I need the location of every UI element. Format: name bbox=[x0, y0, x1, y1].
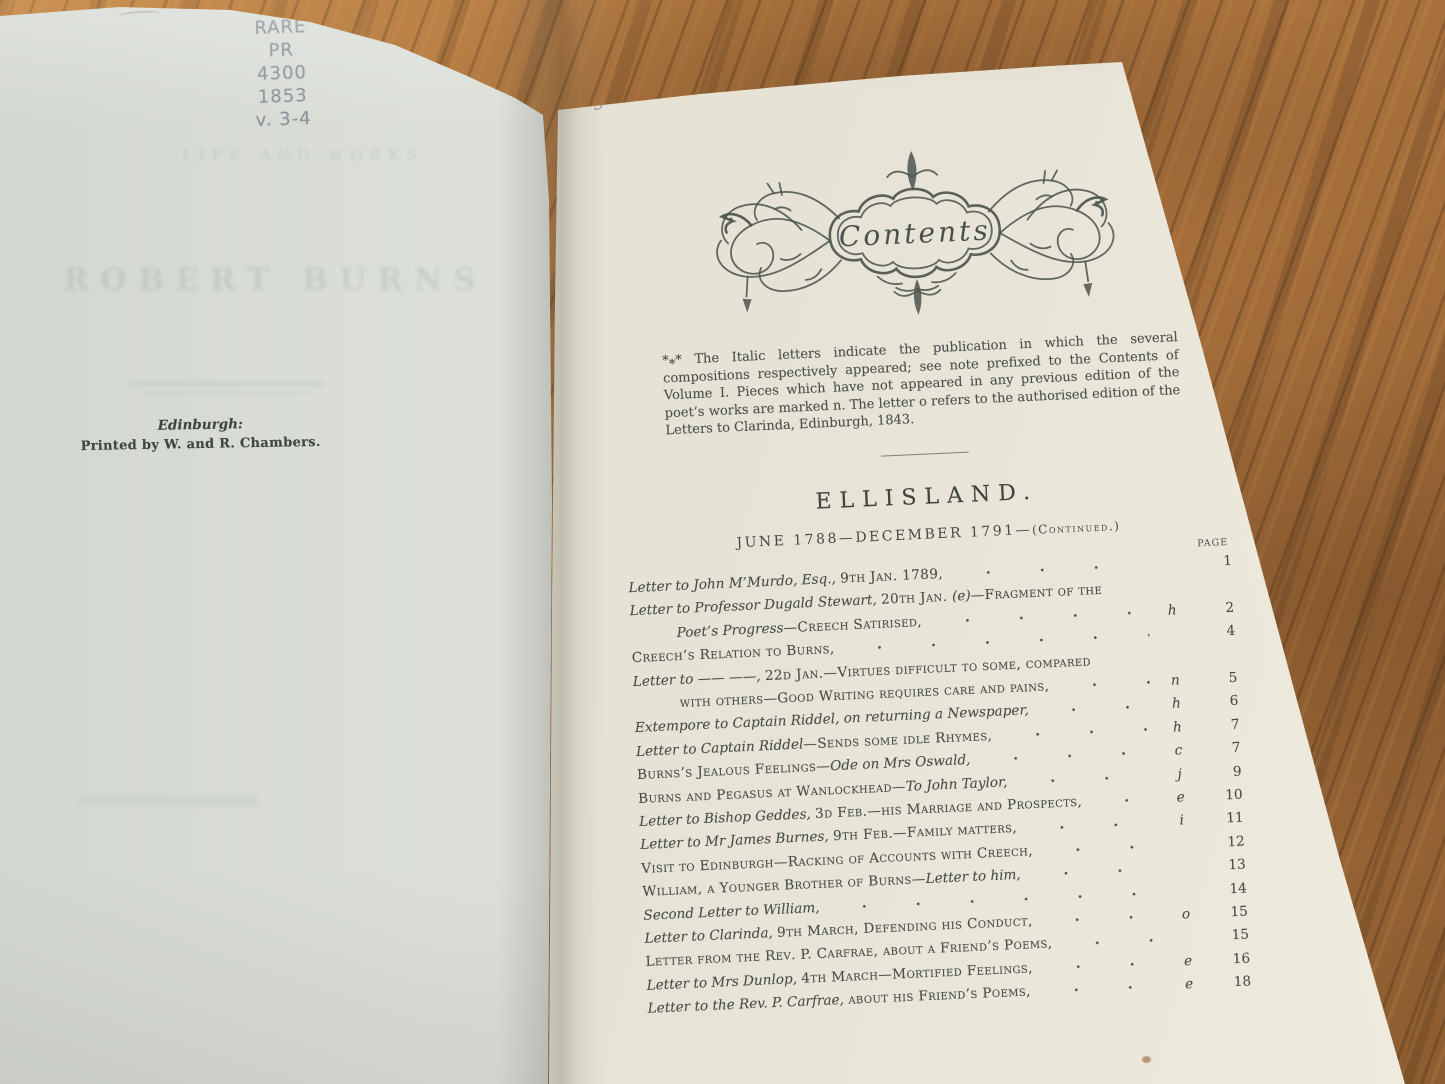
dot-leader bbox=[1062, 936, 1163, 948]
contents-ornament: Contents bbox=[676, 134, 1154, 335]
toc-line: William, a Younger Brother of Burns—Lett… bbox=[642, 854, 1246, 905]
ornament-cartouche: Contents bbox=[828, 185, 1002, 281]
dot-leader bbox=[1002, 726, 1154, 740]
toc-entry: Extempore to Captain Riddel, on returnin… bbox=[634, 690, 1238, 741]
toc-entry-title: Letter to the Rev. P. Carfrae, about his… bbox=[647, 981, 1031, 1022]
toc-page-number: 13 bbox=[1199, 854, 1246, 879]
toc-page-number: 11 bbox=[1197, 807, 1244, 832]
table-of-contents: Letter to John M’Murdo, Esq., 9th Jan. 1… bbox=[628, 550, 1252, 1022]
imprint-city: Edinburgh: bbox=[78, 415, 323, 435]
toc-page-number: 15 bbox=[1201, 901, 1248, 926]
toc-page-number: 2 bbox=[1188, 597, 1235, 622]
toc-source-letter: o bbox=[1169, 903, 1202, 928]
toc-line: Second Letter to William,14 bbox=[643, 877, 1247, 928]
dot-leader bbox=[932, 609, 1149, 626]
toc-line: Creech’s Relation to Burns,4 bbox=[631, 620, 1235, 671]
toc-entry-title: Poet’s Progress—Creech Satirised, bbox=[630, 611, 922, 648]
dot-leader bbox=[1039, 702, 1153, 714]
toc-source-letter bbox=[1169, 894, 1201, 895]
ghost-showthrough-bar bbox=[140, 392, 310, 394]
toc-source-letter bbox=[1167, 847, 1199, 848]
subtitle-continued: (Continued.) bbox=[1032, 519, 1121, 537]
toc-entry-title: Creech’s Relation to Burns, bbox=[631, 638, 835, 671]
toc-source-letter: e bbox=[1164, 786, 1197, 811]
dot-leader bbox=[1092, 796, 1157, 806]
toc-line: Visit to Edinburgh—Racking of Accounts w… bbox=[641, 830, 1245, 881]
toc-entry-title: Letter to Bishop Geddes, 3d Feb.—his Mar… bbox=[639, 791, 1083, 834]
printer-imprint: Edinburgh: Printed by W. and R. Chambers… bbox=[78, 415, 324, 454]
toc-line: Letter to Professor Dugald Stewart, 20th… bbox=[629, 573, 1233, 624]
toc-source-letter bbox=[1157, 637, 1189, 638]
toc-line: Letter to Mr James Burnes, 9th Feb.—Fami… bbox=[640, 807, 1244, 858]
toc-source-letter bbox=[1154, 567, 1186, 568]
paper-speck bbox=[1142, 1056, 1151, 1063]
toc-entry: Creech’s Relation to Burns,4 bbox=[631, 620, 1235, 671]
toc-page-number: 14 bbox=[1200, 877, 1247, 902]
toc-line: Extempore to Captain Riddel, on returnin… bbox=[634, 690, 1238, 741]
toc-page-number: 16 bbox=[1204, 947, 1251, 972]
toc-page-number: 4 bbox=[1189, 620, 1236, 645]
toc-line: Letter from the Rev. P. Carfrae, about a… bbox=[645, 924, 1249, 975]
toc-entry: Second Letter to William,14 bbox=[643, 877, 1247, 928]
ghost-showthrough-title: ROBERT BURNS bbox=[35, 262, 515, 298]
ghost-showthrough-text: LIFE AND WORKS bbox=[148, 146, 458, 164]
toc-entry-title: Letter to John M’Murdo, Esq., 9th Jan. 1… bbox=[628, 563, 944, 601]
toc-source-letter: h bbox=[1161, 716, 1194, 741]
section-title: ELLISLAND. bbox=[612, 470, 1242, 524]
toc-line: Letter to John M’Murdo, Esq., 9th Jan. 1… bbox=[628, 550, 1232, 601]
toc-source-letter: c bbox=[1162, 739, 1195, 764]
call-number-line: PR bbox=[221, 37, 342, 64]
toc-page-number: 15 bbox=[1203, 924, 1250, 949]
call-number-line: 4300 bbox=[222, 60, 343, 87]
dot-leader bbox=[953, 562, 1146, 578]
toc-line: with others—Good Writing requires care a… bbox=[633, 667, 1237, 718]
toc-source-letter: n bbox=[1159, 669, 1192, 694]
toc-page-number: 9 bbox=[1195, 760, 1242, 785]
toc-entry-title: Letter to —— ——, 22d Jan.—Virtues diffic… bbox=[632, 650, 1091, 694]
toc-entry: Visit to Edinburgh—Racking of Accounts w… bbox=[641, 830, 1245, 881]
call-number-line: v. 3-4 bbox=[223, 106, 344, 133]
dot-leader bbox=[980, 749, 1154, 764]
toc-page-number: 7 bbox=[1194, 737, 1241, 762]
page-column-label: PAGE bbox=[629, 537, 1231, 575]
toc-source-letter: h bbox=[1160, 692, 1193, 717]
toc-line: Letter to Captain Riddel—Sends some idle… bbox=[636, 713, 1240, 764]
toc-line: Letter to Clarinda, 9th March, Defending… bbox=[644, 901, 1248, 952]
toc-entry-title: Letter from the Rev. P. Carfrae, about a… bbox=[645, 933, 1053, 975]
toc-source-letter bbox=[1168, 871, 1200, 872]
pencil-mark bbox=[118, 10, 160, 21]
section-subtitle: JUNE 1788—DECEMBER 1791—(Continued.) bbox=[613, 512, 1243, 557]
ornament-title: Contents bbox=[838, 213, 991, 253]
toc-entry: Letter to Clarinda, 9th March, Defending… bbox=[644, 901, 1248, 952]
dot-leader bbox=[1042, 913, 1162, 925]
toc-entry-title: Second Letter to William, bbox=[643, 897, 820, 928]
dot-leader bbox=[1041, 983, 1166, 996]
call-number-line: 1853 bbox=[222, 83, 343, 110]
toc-source-letter: j bbox=[1163, 762, 1196, 787]
toc-entry: Letter to Captain Riddel—Sends some idle… bbox=[636, 713, 1240, 764]
toc-entry-title: Letter to Clarinda, 9th March, Defending… bbox=[644, 910, 1033, 951]
toc-entry: Burns’s Jealous Feelings—Ode on Mrs Oswa… bbox=[637, 737, 1241, 788]
toc-entry-title: William, a Younger Brother of Burns—Lett… bbox=[642, 864, 1021, 905]
toc-page-number: 10 bbox=[1196, 784, 1243, 809]
toc-page-number: 1 bbox=[1186, 550, 1233, 575]
toc-entry: Letter to Professor Dugald Stewart, 20th… bbox=[629, 573, 1235, 647]
toc-page-number: 5 bbox=[1191, 667, 1238, 692]
toc-line: Letter to Mrs Dunlop, 4th March—Mortifie… bbox=[646, 947, 1250, 998]
toc-page-number: 7 bbox=[1193, 713, 1240, 738]
toc-page-number: 6 bbox=[1192, 690, 1239, 715]
pencil-call-number: RARE PR 4300 1853 v. 3-4 bbox=[220, 14, 344, 133]
subtitle-dates: JUNE 1788—DECEMBER 1791— bbox=[736, 522, 1032, 551]
toc-entry: Letter to Mr James Burnes, 9th Feb.—Fami… bbox=[640, 807, 1244, 858]
toc-entry-title: Letter to Mr James Burnes, 9th Feb.—Fami… bbox=[640, 817, 1018, 857]
toc-page-number: 18 bbox=[1205, 971, 1252, 996]
imprint-printer: Printed by W. and R. Chambers. bbox=[78, 435, 323, 454]
toc-entry: Letter to the Rev. P. Carfrae, about his… bbox=[647, 971, 1251, 1022]
section-divider bbox=[881, 452, 969, 457]
dot-leader bbox=[1059, 679, 1151, 690]
dot-leader bbox=[1017, 772, 1156, 785]
dot-leader bbox=[1043, 842, 1159, 854]
toc-line: Letter to the Rev. P. Carfrae, about his… bbox=[647, 971, 1251, 1022]
toc-line: Letter to Bishop Geddes, 3d Feb.—his Mar… bbox=[639, 784, 1243, 835]
toc-entry-title: Letter to Professor Dugald Stewart, 20th… bbox=[629, 579, 1103, 624]
toc-entry: William, a Younger Brother of Burns—Lett… bbox=[642, 854, 1246, 905]
toc-source-letter: h bbox=[1156, 599, 1189, 624]
toc-source-letter: e bbox=[1173, 973, 1206, 998]
dot-leader bbox=[829, 889, 1161, 911]
toc-entry: Burns and Pegasus at Wanlockhead—To John… bbox=[638, 760, 1242, 811]
ghost-showthrough-bar bbox=[128, 382, 324, 386]
toc-line: Burns’s Jealous Feelings—Ode on Mrs Oswa… bbox=[637, 737, 1241, 788]
toc-entry-title: Visit to Edinburgh—Racking of Accounts w… bbox=[641, 840, 1034, 881]
editorial-note: *⁎* The Italic letters indicate the publ… bbox=[662, 329, 1181, 440]
toc-entry: Letter to John M’Murdo, Esq., 9th Jan. 1… bbox=[628, 550, 1232, 601]
toc-source-letter: i bbox=[1165, 809, 1198, 834]
toc-entry: Letter from the Rev. P. Carfrae, about a… bbox=[645, 924, 1249, 975]
toc-source-letter bbox=[1171, 941, 1203, 942]
toc-entry: Letter to —— ——, 22d Jan.—Virtues diffic… bbox=[632, 643, 1238, 717]
toc-entry-title: Burns and Pegasus at Wanlockhead—To John… bbox=[638, 771, 1008, 811]
ornament-finials bbox=[872, 149, 957, 316]
toc-entry-title: Burns’s Jealous Feelings—Ode on Mrs Oswa… bbox=[637, 749, 971, 788]
toc-line: Letter to —— ——, 22d Jan.—Virtues diffic… bbox=[632, 643, 1236, 694]
toc-line: Poet’s Progress—Creech Satirised,h2 bbox=[630, 597, 1234, 648]
dot-leader bbox=[1027, 819, 1158, 832]
dot-leader bbox=[1031, 866, 1160, 879]
ghost-showthrough-bar bbox=[78, 796, 258, 806]
toc-source-letter: e bbox=[1172, 949, 1205, 974]
book-photo-scene: RARE PR 4300 1853 v. 3-4 LIFE AND WORKS … bbox=[0, 0, 1445, 1084]
toc-entry: Letter to Bishop Geddes, 3d Feb.—his Mar… bbox=[639, 784, 1243, 835]
dot-leader bbox=[844, 632, 1149, 653]
toc-page-number: 12 bbox=[1198, 830, 1245, 855]
toc-line: Burns and Pegasus at Wanlockhead—To John… bbox=[638, 760, 1242, 811]
toc-entry-title: Extempore to Captain Riddel, on returnin… bbox=[634, 700, 1029, 741]
dot-leader bbox=[1043, 959, 1165, 972]
toc-entry-title: with others—Good Writing requires care a… bbox=[633, 675, 1049, 717]
toc-entry-title: Letter to Mrs Dunlop, 4th March—Mortifie… bbox=[646, 957, 1033, 998]
toc-entry-title: Letter to Captain Riddel—Sends some idle… bbox=[636, 725, 993, 765]
toc-entry: Letter to Mrs Dunlop, 4th March—Mortifie… bbox=[646, 947, 1250, 998]
ornament-flourish-left bbox=[714, 180, 843, 313]
